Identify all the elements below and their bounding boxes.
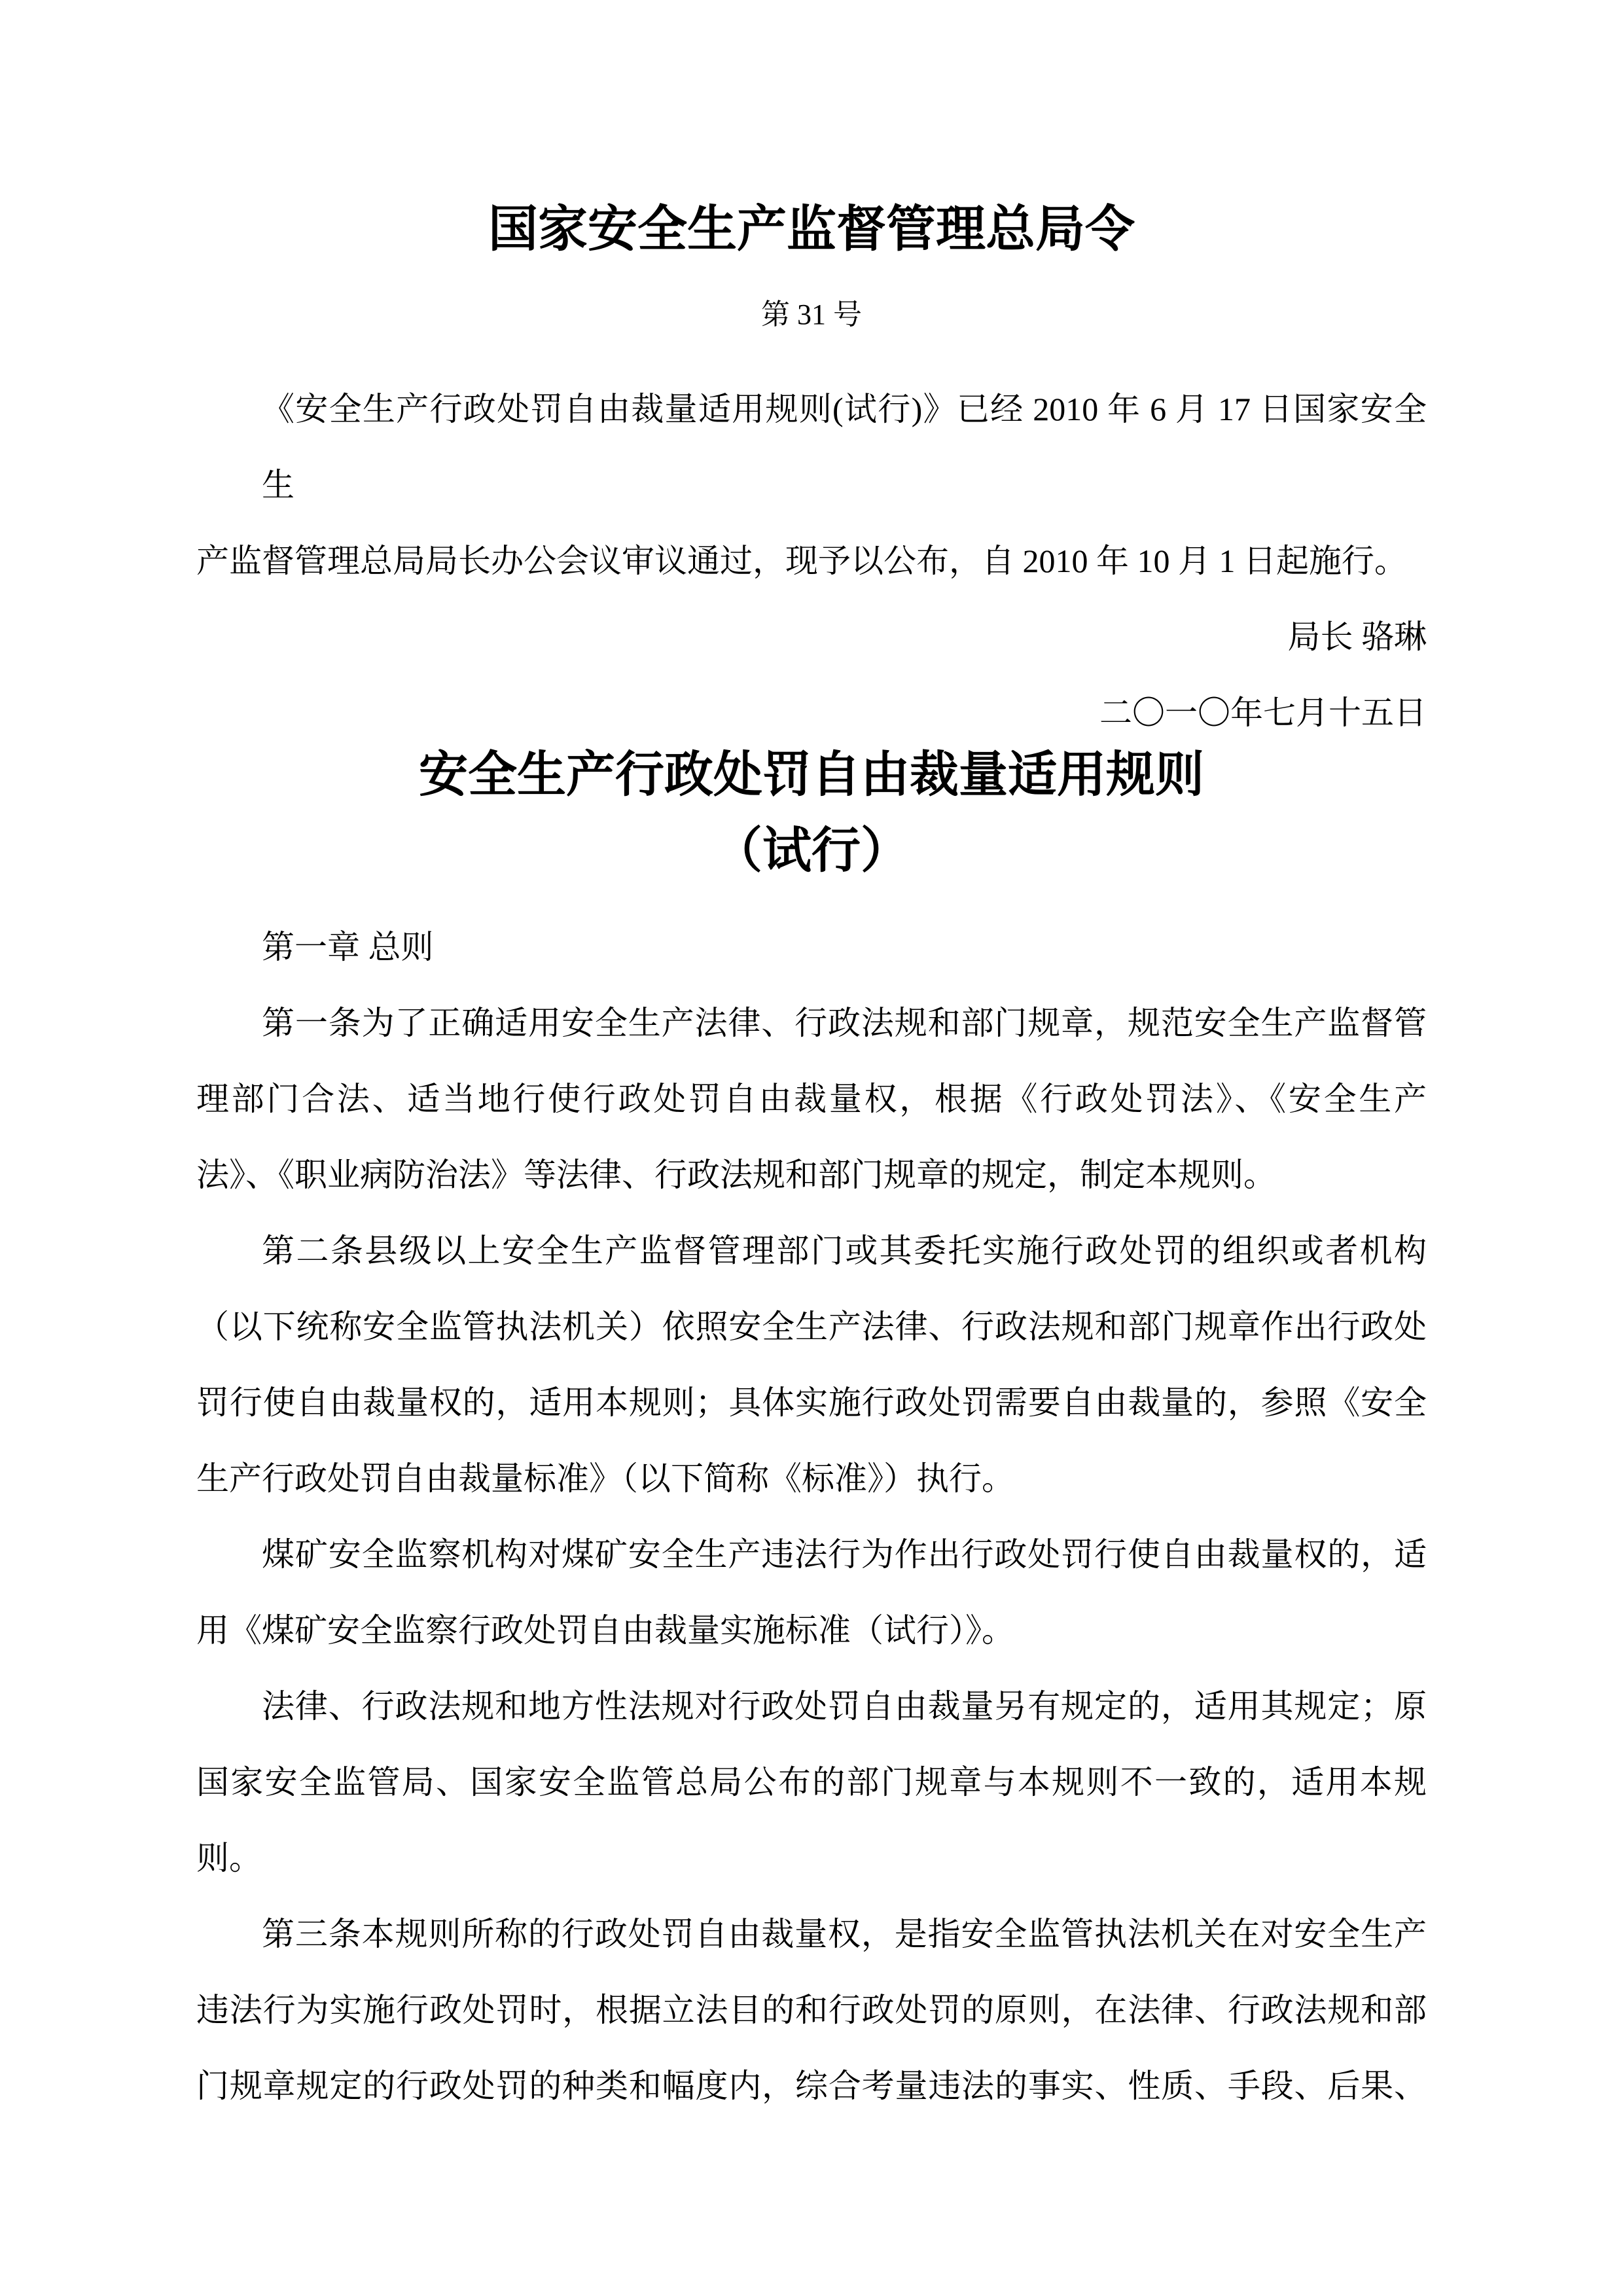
chapter-heading: 第一章 总则 [196, 909, 1427, 985]
document-page: 国家安全生产监督管理总局令 第 31 号 《安全生产行政处罚自由裁量适用规则(试… [0, 0, 1623, 2296]
text-line: 门规章规定的行政处罚的种类和幅度内，综合考量违法的事实、性质、手段、后果、 [196, 2048, 1427, 2124]
text-line: 第三条本规则所称的行政处罚自由裁量权，是指安全监管执法机关在对安全生产 [196, 1896, 1427, 1972]
text-line: 国家安全监管局、国家安全监管总局公布的部门规章与本规则不一致的，适用本规 [196, 1744, 1427, 1820]
text-line: 用《煤矿安全监察行政处罚自由裁量实施标准（试行）》。 [196, 1592, 1427, 1668]
signature-line: 局长 骆琳 [196, 599, 1427, 675]
text-line: 生产行政处罚自由裁量标准》（以下简称《标准》）执行。 [196, 1441, 1427, 1516]
text-line: 《安全生产行政处罚自由裁量适用规则(试行)》已经 2010 年 6 月 17 日… [196, 371, 1427, 523]
text-line: 第一条为了正确适用安全生产法律、行政法规和部门规章，规范安全生产监督管 [196, 985, 1427, 1061]
regulation-subtitle: （试行） [196, 814, 1427, 889]
document-body: 第一条为了正确适用安全生产法律、行政法规和部门规章，规范安全生产监督管理部门合法… [196, 985, 1427, 2124]
preamble: 《安全生产行政处罚自由裁量适用规则(试行)》已经 2010 年 6 月 17 日… [196, 371, 1427, 599]
order-number: 第 31 号 [196, 298, 1427, 331]
text-line: 产监督管理总局局长办公会议审议通过，现予以公布，自 2010 年 10 月 1 … [196, 523, 1427, 599]
text-line: （以下统称安全监管执法机关）依照安全生产法律、行政法规和部门规章作出行政处 [196, 1289, 1427, 1365]
text-line: 煤矿安全监察机构对煤矿安全生产违法行为作出行政处罚行使自由裁量权的，适 [196, 1516, 1427, 1592]
text-line: 则。 [196, 1820, 1427, 1896]
text-line: 违法行为实施行政处罚时，根据立法目的和行政处罚的原则，在法律、行政法规和部 [196, 1972, 1427, 2048]
text-line: 法律、行政法规和地方性法规对行政处罚自由裁量另有规定的，适用其规定；原 [196, 1668, 1427, 1744]
text-line: 理部门合法、适当地行使行政处罚自由裁量权，根据《行政处罚法》、《安全生产 [196, 1061, 1427, 1137]
document-title: 国家安全生产监督管理总局令 [196, 200, 1427, 259]
text-line: 罚行使自由裁量权的，适用本规则；具体实施行政处罚需要自由裁量的，参照《安全 [196, 1365, 1427, 1441]
text-line: 第二条县级以上安全生产监督管理部门或其委托实施行政处罚的组织或者机构 [196, 1213, 1427, 1289]
text-line: 法》、《职业病防治法》等法律、行政法规和部门规章的规定，制定本规则。 [196, 1137, 1427, 1213]
